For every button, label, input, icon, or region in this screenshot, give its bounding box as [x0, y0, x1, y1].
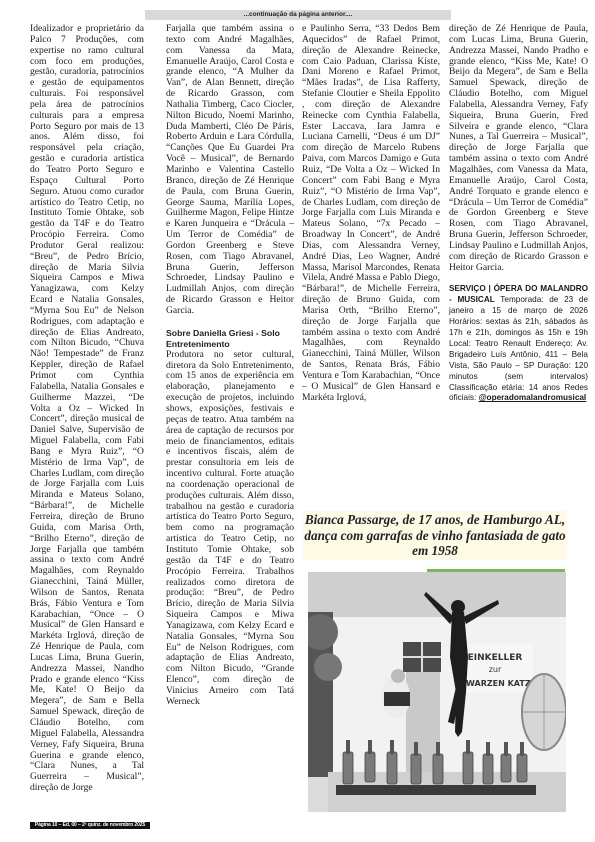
photo-caption: Bianca Passarge, de 17 anos, de Hamburgo… — [303, 511, 567, 560]
dancer-photo-illustration: EINKELLER zur HWARZEN KATZ — [308, 572, 566, 812]
daniella-bio-continued: e Paulinho Serra, “33 Dedos Bem Aquecido… — [302, 24, 440, 404]
producer-bio-continued: Farjalla que também assina o texto com A… — [166, 24, 294, 317]
article-column-3: e Paulinho Serra, “33 Dedos Bem Aquecido… — [302, 24, 440, 404]
svg-text:HWARZEN KATZ: HWARZEN KATZ — [459, 679, 530, 688]
social-handle-link[interactable]: @operadomalandromusical — [479, 393, 587, 402]
service-box: SERVIÇO | ÓPERA DO MALANDRO - MUSICAL Te… — [449, 284, 588, 404]
continuation-banner: ...continuação da página anterior.... — [145, 10, 451, 20]
svg-text:zur: zur — [489, 665, 502, 674]
producer-bio-text: Idealizador e proprietário da Palco 7 Pr… — [30, 24, 144, 794]
article-column-1: Idealizador e proprietário da Palco 7 Pr… — [30, 24, 144, 794]
section-subheading: Sobre Daniella Griesi - Solo Entretenime… — [166, 328, 294, 350]
archival-photo: EINKELLER zur HWARZEN KATZ — [308, 572, 566, 812]
svg-text:EINKELLER: EINKELLER — [468, 653, 523, 663]
article-column-4: direção de Zé Henrique de Paula, com Luc… — [449, 24, 588, 404]
credits-continued: direção de Zé Henrique de Paula, com Luc… — [449, 24, 588, 273]
article-column-2: Farjalla que também assina o texto com A… — [166, 24, 294, 708]
service-details: Temporada: de 23 de janeiro a 15 de març… — [449, 295, 588, 402]
daniella-bio-text: Produtora no setor cultural, diretora da… — [166, 350, 294, 708]
page-footer: Página 10 – Ed. 00 – 2ª quinz. de novemb… — [30, 822, 150, 829]
